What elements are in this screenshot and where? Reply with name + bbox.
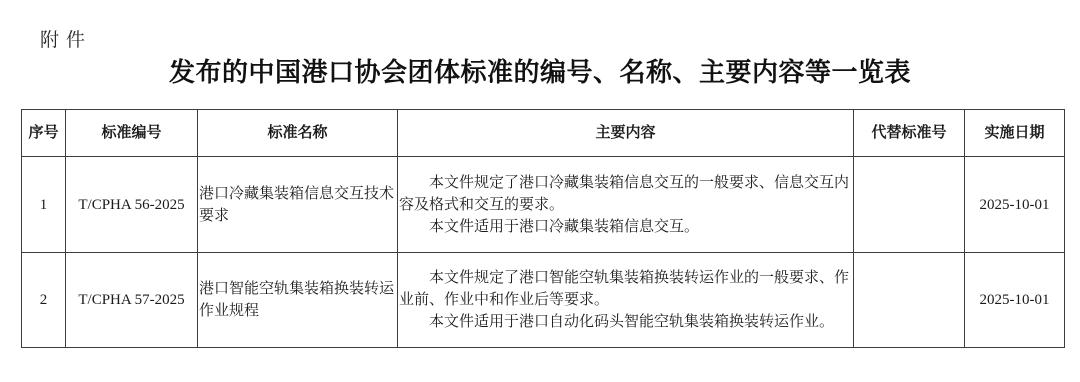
cell-main-content: 本文件规定了港口智能空轨集装箱换装转运作业的一般要求、作 业前、作业中和作业后等… xyxy=(398,253,854,348)
standards-table: 序号 标准编号 标准名称 主要内容 代替标准号 实施日期 1 T/CPHA 56… xyxy=(21,109,1065,348)
table-row: 1 T/CPHA 56-2025 港口冷藏集装箱信息交互技术 要求 本文件规定了… xyxy=(22,157,1065,253)
cell-implementation-date: 2025-10-01 xyxy=(965,157,1065,253)
cell-implementation-date: 2025-10-01 xyxy=(965,253,1065,348)
column-header-standard-number: 标准编号 xyxy=(66,110,198,157)
table-row: 2 T/CPHA 57-2025 港口智能空轨集装箱换装转运 作业规程 本文件规… xyxy=(22,253,1065,348)
cell-index: 1 xyxy=(22,157,66,253)
cell-standard-name: 港口冷藏集装箱信息交互技术 要求 xyxy=(198,157,398,253)
page-title: 发布的中国港口协会团体标准的编号、名称、主要内容等一览表 xyxy=(0,52,1080,89)
table-header-row: 序号 标准编号 标准名称 主要内容 代替标准号 实施日期 xyxy=(22,110,1065,157)
attachment-label: 附件 xyxy=(40,25,92,52)
cell-main-content: 本文件规定了港口冷藏集装箱信息交互的一般要求、信息交互内 容及格式和交互的要求。… xyxy=(398,157,854,253)
column-header-standard-name: 标准名称 xyxy=(198,110,398,157)
cell-standard-number: T/CPHA 57-2025 xyxy=(66,253,198,348)
cell-replaced-standard xyxy=(854,157,965,253)
cell-replaced-standard xyxy=(854,253,965,348)
cell-index: 2 xyxy=(22,253,66,348)
cell-standard-name: 港口智能空轨集装箱换装转运 作业规程 xyxy=(198,253,398,348)
column-header-main-content: 主要内容 xyxy=(398,110,854,157)
column-header-implementation-date: 实施日期 xyxy=(965,110,1065,157)
column-header-index: 序号 xyxy=(22,110,66,157)
column-header-replaced-standard: 代替标准号 xyxy=(854,110,965,157)
cell-standard-number: T/CPHA 56-2025 xyxy=(66,157,198,253)
